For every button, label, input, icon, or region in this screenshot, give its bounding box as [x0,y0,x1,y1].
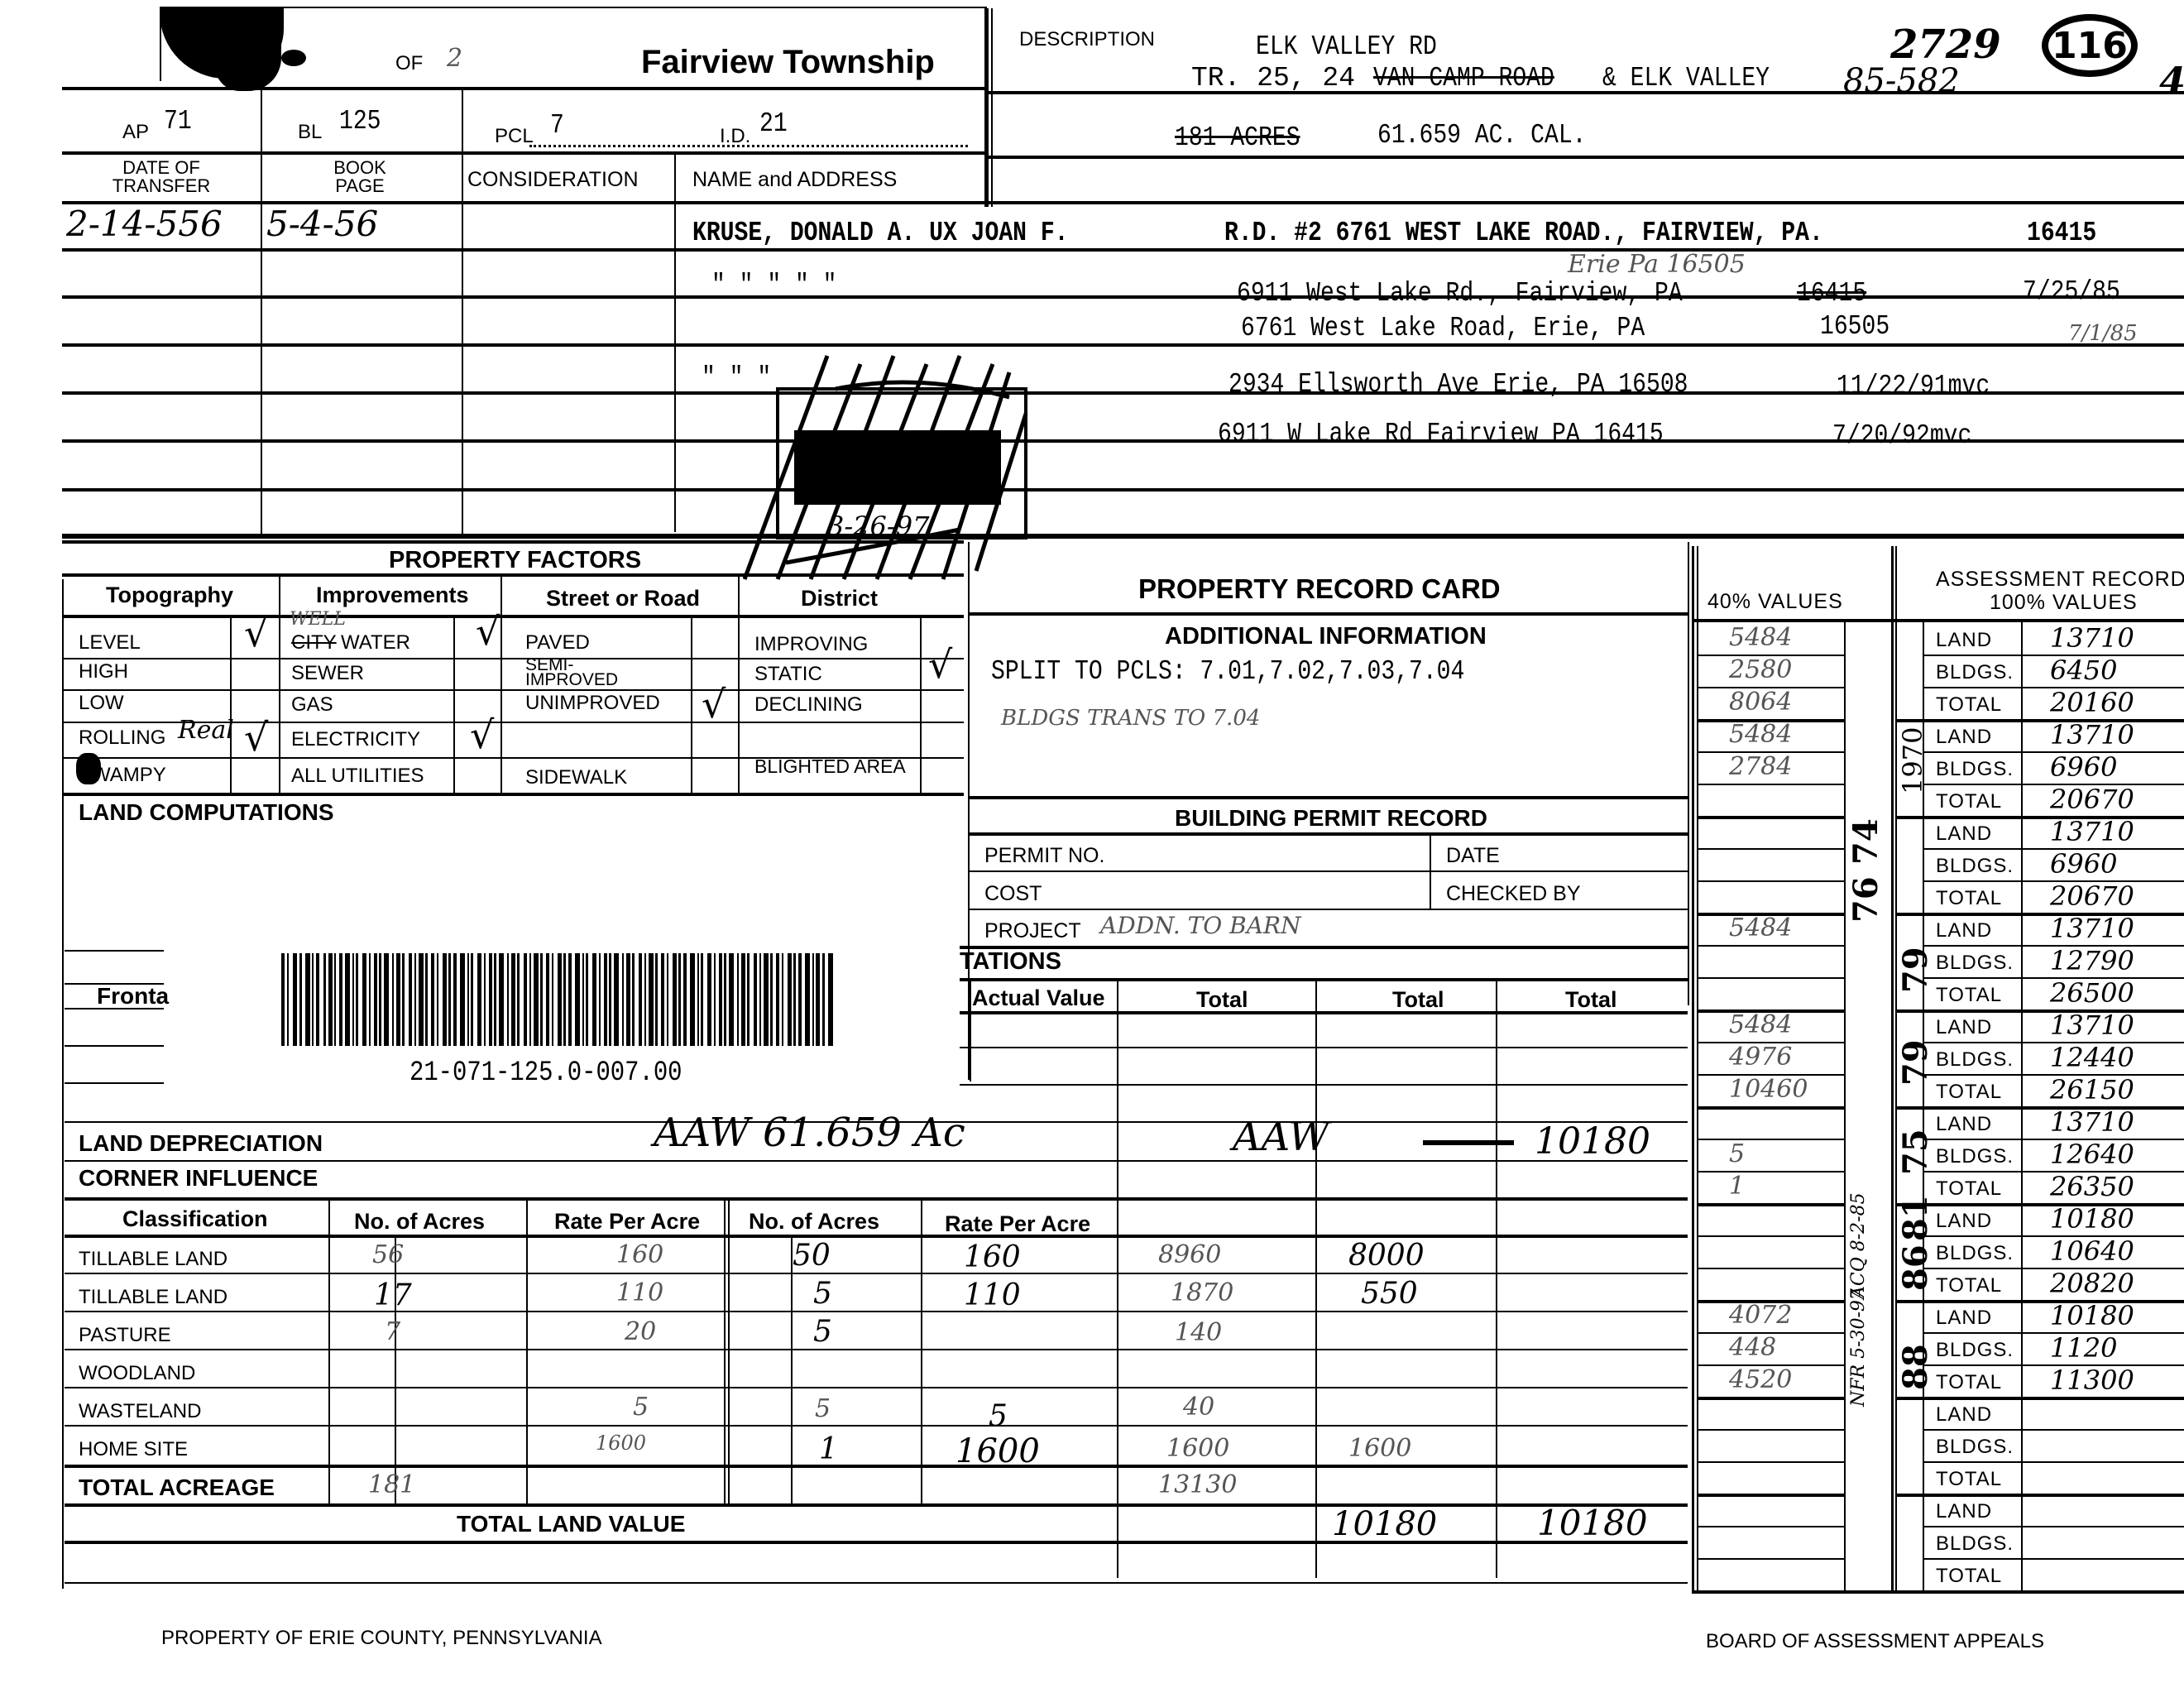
assessment-row-label: BLDGS. [1936,663,2014,683]
factors-header-bottom [62,615,964,618]
col-rate: Rate Per Acre [945,1213,1090,1235]
topo-rolling-note: Real [178,718,234,743]
assessment-row-line [1923,1526,2184,1527]
acres-value: 5 [813,1317,832,1347]
assessment-row-label: LAND [1936,1502,1992,1522]
assessment-row-line [1895,1009,2184,1013]
factors-row-line [62,689,964,691]
assessment-value-total: 26350 [2050,1173,2134,1200]
address-date: 11/22/91mvc [1837,372,1990,400]
assessment-row-line [1895,913,2184,916]
improvement-all-utilities: ALL UTILITIES [291,766,424,786]
class-row-line [65,1387,1688,1388]
water-annotation: WELL [290,611,346,629]
assessment-row-label: LAND [1936,1115,1992,1134]
total-land-value-label: TOTAL LAND VALUE [457,1513,685,1536]
value-40: 5484 [1729,722,1792,747]
acres-value: 50 [793,1241,831,1271]
class-col [526,1197,528,1503]
values-row-line [1697,1461,1844,1463]
record-card-title: PROPERTY RECORD CARD [1138,575,1501,602]
factors-check-col [920,615,922,793]
card-of-label: OF [395,54,423,74]
district-blighted: BLIGHTED AREA [754,757,912,775]
permit-no-label: PERMIT NO. [984,846,1104,866]
value-40: 4520 [1729,1368,1792,1393]
classification-header-bottom [65,1235,1688,1238]
year-stamp: 88 [1899,1344,1933,1390]
acres-value: 17 [374,1281,412,1311]
parcel-barcode [281,953,922,1046]
factors-check-col [691,615,692,793]
acres-current: 61.659 AC. CAL. [1377,122,1587,149]
acq-note: ACQ 8-2-85 [1850,1192,1868,1299]
street-semi-improved: SEMI-IMPROVED [525,658,633,688]
checkmark-icon: √ [244,718,268,756]
acres-value: 56 [372,1243,404,1268]
district-declining: DECLINING [754,695,863,715]
handwritten-number: 2729 [1890,25,2001,65]
assessment-row-label: LAND [1936,921,1992,941]
township-title: Fairview Township [641,46,935,79]
additional-info-bottom [968,796,1688,799]
year-stamp: 1970 [1899,727,1926,794]
improvement-gas: GAS [291,695,333,715]
assessment-value-bldgs: 6450 [2050,657,2117,683]
assessment-value-land: 13710 [2050,722,2134,748]
address-row: 2934 Ellsworth Ave Erie, PA 16508 [1228,371,1688,398]
year-stamp: 79 [1899,1039,1933,1086]
col-name-address: NAME and ADDRESS [692,170,897,190]
class-woodland: WOODLAND [79,1364,195,1383]
transfer-divider [674,151,676,532]
values-row-line [1697,1139,1844,1140]
transfer-book-page: 5-4-56 [266,207,378,242]
values-row-line [1697,945,1844,947]
assessment-value-land: 13710 [2050,625,2134,651]
checked-by-label: CHECKED BY [1446,884,1581,904]
land-computations-title: LAND COMPUTATIONS [79,801,334,824]
assessment-value-bldgs: 1120 [2050,1335,2117,1361]
assessment-row-label: BLDGS. [1936,760,2014,779]
value-40: 1 [1729,1174,1745,1199]
scribbled-out-entry [711,339,1150,587]
assessment-row-line [1895,1397,2184,1400]
assessment-value-land: 13710 [2050,915,2134,942]
assessment-row-line [1895,1300,2184,1303]
acres-value: 5 [815,1397,831,1422]
year-stamp: 76 [1850,876,1883,923]
class-tillable-1: TILLABLE LAND [79,1249,227,1269]
assessment-row-line [1895,719,2184,722]
assessment-row-line [1923,1558,2184,1560]
improvement-sewer: SEWER [291,664,364,683]
description-label: DESCRIPTION [1019,30,1155,50]
value-40: 5484 [1729,916,1792,941]
assessment-row-label: BLDGS. [1936,856,2014,876]
street-unimproved: UNIMPROVED [525,693,660,713]
permit-bottom [960,946,1688,949]
value-40: 8064 [1729,690,1792,715]
property-factors-header-top [62,573,964,577]
depreciation-dash [1423,1140,1514,1145]
parcel-label: PCL [495,127,534,146]
assessment-value-bldgs: 6960 [2050,754,2117,780]
assessment-row-label: LAND [1936,631,1992,650]
topo-level: LEVEL [79,633,141,653]
acres-value: 5 [813,1279,832,1309]
permit-title-bottom [968,832,1688,836]
assessment-row-label: TOTAL [1936,1566,2002,1586]
rate-value: 110 [964,1281,1021,1311]
values-row-line [1697,1494,1844,1497]
acres-value: 7 [385,1320,400,1345]
total-value: 1870 [1171,1281,1233,1306]
rate-value: 160 [964,1243,1021,1273]
class-row-line [65,1465,1688,1468]
assessment-row-label: TOTAL [1936,1470,2002,1489]
col-total: Total [1392,989,1444,1011]
total-value: 140 [1175,1321,1222,1345]
value-40: 5484 [1729,626,1792,650]
address-row: 6911 West Lake Rd., Fairview, PA [1237,280,1683,307]
values-row-line [1697,977,1844,979]
topo-high: HIGH [79,662,128,682]
footer-appeals: BOARD OF ASSESSMENT APPEALS [1706,1632,2044,1652]
values-row-line [1697,1429,1844,1431]
values-row-line [1697,880,1844,882]
assessment-value-land: 13710 [2050,1109,2134,1135]
class-row-line [65,1349,1688,1350]
transfer-date: 2-14-556 [66,207,223,242]
computations-col [1496,978,1497,1578]
address-date: 7/20/92mvc [1832,422,1971,449]
value-40: 4976 [1729,1045,1792,1070]
improvements-header: Improvements [316,584,469,607]
year-stamp: 75 [1899,1129,1933,1175]
improvement-water: WATER [341,633,410,653]
zip-struck: 16415 [1797,280,1866,307]
factors-divider [738,573,740,793]
corner-mark: 4 [2159,62,2184,100]
land-depreciation-note2: AAW [1233,1117,1329,1157]
scribbled-note: 3-26-97 [827,513,929,539]
parcel-value: 7 [550,112,564,139]
class-col [921,1197,922,1503]
value-40: 5 [1729,1142,1745,1167]
assessment-row-label: TOTAL [1936,1373,2002,1393]
computations-header-bottom [960,1011,1688,1014]
description-line1: ELK VALLEY RD [1256,33,1437,60]
computations-row [960,1047,1688,1048]
class-col [728,1197,730,1503]
assessment-row-label: BLDGS. [1936,1050,2014,1070]
values-row-line [1697,1397,1844,1400]
checkmark-icon: √ [476,612,500,650]
values-row-line [1697,1203,1844,1206]
record-card-title-bottom [968,612,1688,616]
assessment-value-bldgs: 6960 [2050,851,2117,877]
value-40: 10460 [1729,1077,1808,1102]
checkmark-icon: √ [244,614,268,652]
description-border [991,8,993,207]
frontage-line [65,950,164,952]
rate-value: 160 [616,1243,663,1268]
rate-value: 5 [633,1395,649,1420]
handwritten-address-correction: Erie Pa 16505 [1568,252,1746,277]
card-left-border [62,579,64,1589]
values-row-line [1697,1235,1844,1237]
ink-blot [281,50,306,66]
ink-blot [215,8,281,91]
map-label: AP [122,122,149,142]
assessment-row-label: BLDGS. [1936,1147,2014,1167]
depreciation-bottom [65,1160,1688,1162]
assessment-value-total: 20670 [2050,786,2134,813]
col-rate: Rate Per Acre [554,1211,700,1233]
land-depreciation-value: 10180 [1535,1124,1650,1160]
header-row1-bottom [62,87,989,90]
factors-divider [279,573,280,793]
bldgs-transfer-note: BLDGS TRANS TO 7.04 [1001,707,1260,729]
col-consideration: CONSIDERATION [467,170,639,190]
class-col [791,1235,793,1503]
header-border-left [160,7,161,81]
class-table-bottom [65,1503,1688,1507]
assessment-header-1: ASSESSMENT RECORD [1936,569,2184,590]
address-date: 7/25/85 [2023,278,2120,305]
description-row1-bottom [984,91,2184,94]
address-date: 7/1/85 [2068,323,2138,344]
property-factors-top [62,540,964,544]
class-row-line [65,1425,1688,1427]
water-struck: CITY [291,633,337,653]
col-actual-value: Actual Value [972,987,1105,1009]
land-section-bottom [65,1582,1688,1584]
class-pasture: PASTURE [79,1326,171,1345]
value-40: 2784 [1729,755,1792,779]
checkmark-icon: √ [702,685,726,723]
assessment-row-line [1895,1203,2184,1206]
values-divider [1844,622,1846,1590]
assessment-row-label: TOTAL [1936,1082,2002,1102]
header-top-line [160,7,987,8]
values-row-line [1697,1558,1844,1560]
total-land-value-bottom [65,1541,1688,1544]
assessment-row-label: TOTAL [1936,985,2002,1005]
address-row: 6911 W Lake Rd Fairview PA 16415 [1218,420,1664,448]
assessment-row-line [1923,1429,2184,1431]
description-struck-road: VAN CAMP ROAD [1373,65,1554,92]
land-depreciation-label: LAND DEPRECIATION [79,1132,323,1155]
assessment-row-line [1895,1494,2184,1497]
checkmark-icon: √ [928,645,952,683]
class-col [328,1197,330,1503]
additional-info-title: ADDITIONAL INFORMATION [1165,625,1487,649]
header-row2-bottom [62,151,989,155]
factors-check-col [453,615,455,793]
nfr-note: NFR 5-30-97 [1850,1288,1868,1407]
assessment-value-total: 20820 [2050,1270,2134,1297]
col-date-of-transfer: DATE OF TRANSFER [95,159,227,195]
col-acres: No. of Acres [354,1211,485,1233]
split-note: SPLIT TO PCLS: 7.01,7.02,7.03,7.04 [991,658,1464,685]
class-col [724,1197,726,1503]
assessment-value-bldgs: 12440 [2050,1044,2134,1071]
computations-col [1117,978,1118,1578]
address-zip: 16505 [1820,313,1889,340]
street-sidewalk: SIDEWALK [525,768,627,788]
street-paved: PAVED [525,633,590,653]
topography-header: Topography [106,584,233,607]
values-row-line [1697,848,1844,850]
assessment-value-bldgs: 12790 [2050,947,2134,974]
values-row-line [1697,816,1844,819]
values-row-line [1697,1526,1844,1527]
values-border [1692,546,1694,1590]
assessment-row-label: LAND [1936,727,1992,747]
year-stamp: 79 [1899,947,1933,993]
factors-row-line [62,658,964,659]
street-header: Street or Road [546,587,700,610]
assessment-row-label: LAND [1936,824,1992,844]
date-label: DATE [1446,846,1500,866]
total-land-value: 10180 [1537,1506,1648,1541]
factors-bottom [62,793,964,796]
rate-value: 1600 [596,1433,646,1453]
col-classification: Classification [122,1208,268,1230]
footer-county: PROPERTY OF ERIE COUNTY, PENNSYLVANIA [161,1628,602,1648]
transfer-divider [462,151,463,532]
assessment-value-total: 26150 [2050,1077,2134,1103]
assessment-row-label: TOTAL [1936,695,2002,715]
property-factors-title: PROPERTY FACTORS [389,549,641,573]
circled-number: 116 [2042,14,2138,77]
class-total-acreage: TOTAL ACREAGE [79,1476,275,1499]
assessment-row-label: LAND [1936,1211,1992,1231]
rate-value: 5 [989,1402,1008,1431]
permit-row-line [968,909,1688,910]
assessment-row-line [1895,1106,2184,1110]
project-label: PROJECT [984,921,1081,942]
frontage-line [65,1008,164,1009]
rate-value: 110 [616,1281,663,1306]
assessment-row-label: BLDGS. [1936,1340,2014,1360]
assessment-value-total: 11300 [2050,1367,2134,1393]
assessment-row-label: BLDGS. [1936,1437,2014,1457]
record-card-border [1688,542,1689,1005]
frontage-line [65,1045,164,1047]
value-40: 4072 [1729,1303,1792,1328]
owner-address: R.D. #2 6761 WEST LAKE ROAD., FAIRVIEW, … [1224,219,1823,247]
values-bottom [1692,1590,2184,1594]
assessment-row-label: TOTAL [1936,889,2002,909]
card-of-value: 2 [447,46,462,71]
district-static: STATIC [754,664,822,684]
id-label: I.D. [720,127,750,146]
computations-header-top [960,978,1688,981]
owner-name: KRUSE, DONALD A. UX JOAN F. [692,219,1068,247]
total-value: 13130 [1158,1473,1237,1498]
factors-check-col [230,615,232,793]
address-row: 6761 West Lake Road, Erie, PA [1241,314,1645,342]
assessment-value-total: 20160 [2050,689,2134,716]
assessment-value-land: 13710 [2050,818,2134,845]
class-tillable-2: TILLABLE LAND [79,1288,227,1307]
frontage-label: Fronta [97,985,169,1008]
assessment-value-bldgs: 10640 [2050,1238,2134,1264]
rate-value: 1600 [955,1435,1040,1468]
dotted-fill [529,145,968,147]
values-row-line [1697,1106,1844,1110]
cost-label: COST [984,884,1042,904]
description-row2-bottom [984,156,2184,159]
year-stamp: 81 [1899,1195,1933,1241]
frontage-line [65,1082,164,1084]
owner-zip: 16415 [2027,219,2096,247]
map-value: 71 [164,108,192,135]
values-row-line [1697,1268,1844,1269]
class-home-site: HOME SITE [79,1440,188,1460]
district-improving: IMPROVING [754,635,868,655]
checkmark-icon: √ [470,716,494,754]
class-col [395,1235,396,1503]
acres-struck: 181 ACRES [1175,124,1300,151]
acres-value: 1 [819,1435,838,1465]
assessment-row-label: BLDGS. [1936,953,2014,973]
topo-low: LOW [79,693,124,713]
assessment-value-land: 10180 [2050,1206,2134,1232]
year-stamp: 74 [1850,818,1883,865]
total-value: 550 [1361,1279,1418,1309]
values-row-line [1697,784,1844,785]
values-40-header: 40% VALUES [1707,592,1843,612]
assessment-value-land: 10180 [2050,1302,2134,1329]
assessment-row-label: TOTAL [1936,1179,2002,1199]
computations-col [970,978,971,1081]
barcode-text: 21-071-125.0-007.00 [409,1059,682,1087]
total-value: 8000 [1348,1241,1425,1271]
values-border [1697,546,1698,1590]
assessment-row-line [1923,1461,2184,1463]
col-acres: No. of Acres [749,1211,879,1233]
description-line2: TR. 25, 24 [1191,65,1355,92]
assessment-row-line [1895,816,2184,819]
land-depreciation-note: AAW 61.659 Ac [654,1113,965,1153]
assessment-value-bldgs: 12640 [2050,1141,2134,1168]
assessment-row-label: BLDGS. [1936,1244,2014,1264]
assessment-row-label: TOTAL [1936,792,2002,812]
assessment-value-land: 13710 [2050,1012,2134,1038]
ink-spot [76,753,101,784]
values-row-line [1697,1171,1844,1172]
assessment-row-label: LAND [1936,1308,1992,1328]
assessment-header-2: 100% VALUES [1990,592,2138,613]
permit-row-line [968,870,1688,872]
description-tracts: TR. 25, 24 [1191,63,1355,94]
corner-influence-label: CORNER INFLUENCE [79,1167,318,1190]
value-40: 448 [1729,1336,1776,1360]
assessment-row-label: BLDGS. [1936,1534,2014,1554]
assessment-row-label: LAND [1936,1405,1992,1425]
factors-divider [500,573,502,793]
year-stamp: 86 [1899,1244,1933,1291]
improvement-electricity: ELECTRICITY [291,730,420,750]
id-value: 21 [759,110,788,137]
total-value: 8960 [1158,1243,1221,1268]
total-land-value: 10180 [1332,1508,1437,1541]
transfer-header-bottom [62,201,2184,204]
